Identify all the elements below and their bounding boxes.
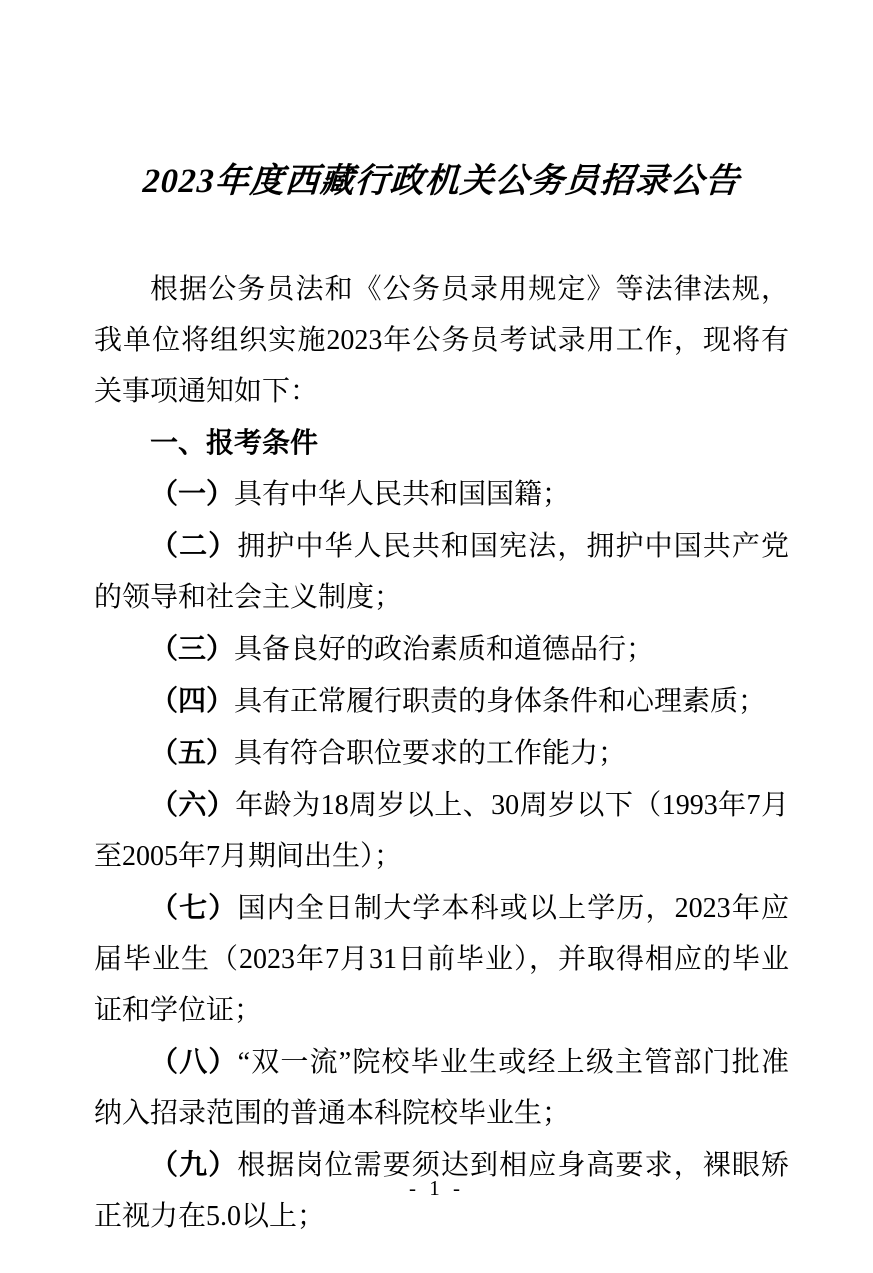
list-item: （七）国内全日制大学本科或以上学历，2023年应届毕业生（2023年7月31日前… — [94, 882, 789, 1036]
section-heading: 一、报考条件 — [94, 417, 789, 468]
item-marker: （四） — [150, 685, 234, 716]
document-body: 根据公务员法和《公务员录用规定》等法律法规，我单位将组织实施2023年公务员考试… — [94, 264, 789, 1242]
list-item: （六）年龄为18周岁以上、30周岁以下（1993年7月至2005年7月期间出生）… — [94, 779, 789, 882]
item-marker: （三） — [150, 633, 234, 664]
document-page: 2023年度西藏行政机关公务员招录公告 根据公务员法和《公务员录用规定》等法律法… — [0, 0, 873, 1273]
item-text: 具备良好的政治素质和道德品行； — [234, 634, 654, 665]
list-item: （四）具有正常履行职责的身体条件和心理素质； — [94, 675, 789, 727]
item-marker: （六） — [150, 789, 235, 820]
list-item: （二）拥护中华人民共和国宪法，拥护中国共产党的领导和社会主义制度； — [94, 520, 789, 623]
list-item: （八）“双一流”院校毕业生或经上级主管部门批准纳入招录范围的普通本科院校毕业生； — [94, 1036, 789, 1139]
item-marker: （二） — [150, 530, 237, 561]
item-marker: （七） — [150, 892, 237, 923]
page-title: 2023年度西藏行政机关公务员招录公告 — [89, 153, 795, 202]
item-marker: （五） — [150, 737, 234, 768]
intro-paragraph: 根据公务员法和《公务员录用规定》等法律法规，我单位将组织实施2023年公务员考试… — [94, 264, 789, 417]
item-text: 具有中华人民共和国国籍； — [234, 479, 570, 510]
page-number: - 1 - — [0, 1176, 873, 1201]
item-marker: （八） — [150, 1046, 238, 1077]
list-item: （五）具有符合职位要求的工作能力； — [94, 727, 789, 779]
list-item: （三）具备良好的政治素质和道德品行； — [94, 623, 789, 675]
item-text: 具有正常履行职责的身体条件和心理素质； — [234, 686, 766, 717]
item-marker: （一） — [150, 478, 234, 509]
list-item: （一）具有中华人民共和国国籍； — [94, 468, 789, 520]
item-text: 具有符合职位要求的工作能力； — [234, 738, 626, 769]
